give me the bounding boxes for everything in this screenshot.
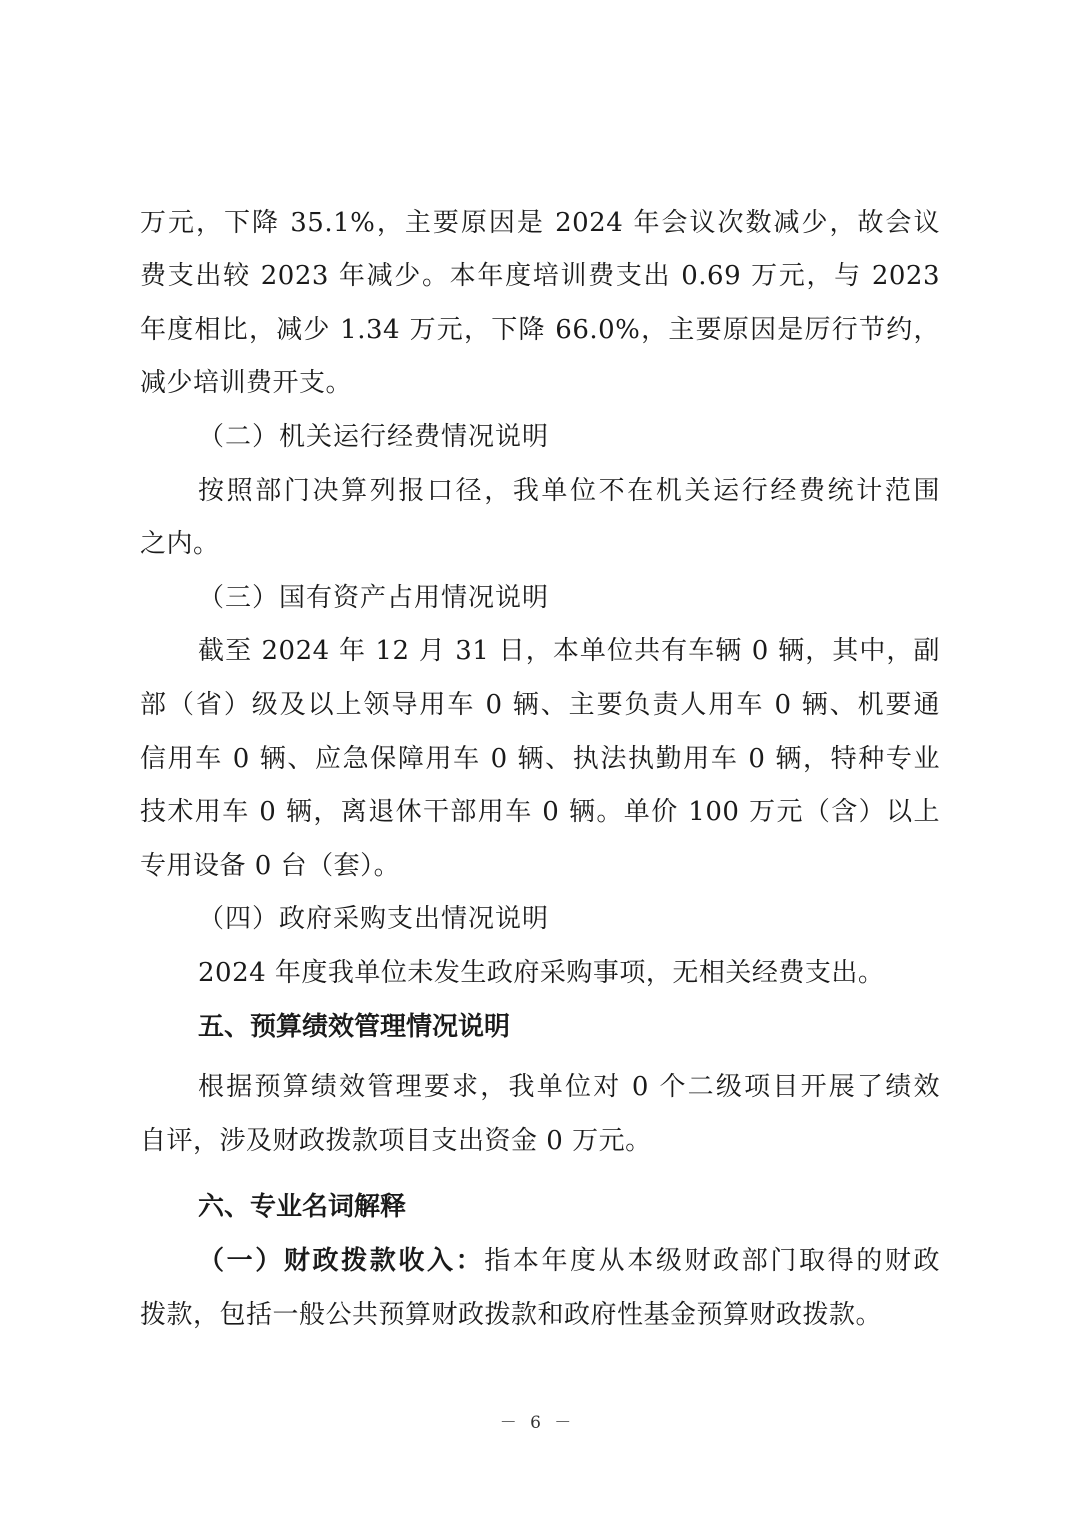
- paragraph-line: 专用设备 0 台（套）。: [140, 849, 940, 883]
- glossary-item: （一）财政拨款收入：指本年度从本级财政部门取得的财政: [198, 1244, 940, 1278]
- section-heading-agency-operating: （二）机关运行经费情况说明: [198, 420, 549, 454]
- section-heading-state-assets: （三）国有资产占用情况说明: [198, 581, 549, 615]
- paragraph-line: 根据预算绩效管理要求，我单位对 0 个二级项目开展了绩效: [198, 1070, 940, 1104]
- paragraph-line: 之内。: [140, 527, 940, 561]
- paragraph-line: 技术用车 0 辆，离退休干部用车 0 辆。单价 100 万元（含）以上: [140, 795, 940, 829]
- section-heading-gov-procurement: （四）政府采购支出情况说明: [198, 902, 549, 936]
- section-heading-performance-mgmt: 五、预算绩效管理情况说明: [198, 1010, 510, 1044]
- paragraph-line: 2024 年度我单位未发生政府采购事项，无相关经费支出。: [198, 956, 940, 990]
- paragraph-line: 拨款，包括一般公共预算财政拨款和政府性基金预算财政拨款。: [140, 1298, 940, 1332]
- paragraph-line: 万元，下降 35.1%，主要原因是 2024 年会议次数减少，故会议: [140, 206, 940, 240]
- glossary-definition: 指本年度从本级财政部门取得的财政: [484, 1246, 940, 1276]
- paragraph-line: 部（省）级及以上领导用车 0 辆、主要负责人用车 0 辆、机要通: [140, 688, 940, 722]
- document-page: 万元，下降 35.1%，主要原因是 2024 年会议次数减少，故会议 费支出较 …: [0, 0, 1075, 1520]
- paragraph-line: 自评，涉及财政拨款项目支出资金 0 万元。: [140, 1124, 940, 1158]
- paragraph-line: 费支出较 2023 年减少。本年度培训费支出 0.69 万元，与 2023: [140, 259, 940, 293]
- page-number: － 6 －: [0, 1408, 1075, 1433]
- paragraph-line: 年度相比，减少 1.34 万元，下降 66.0%，主要原因是厉行节约，: [140, 313, 940, 347]
- section-heading-glossary: 六、专业名词解释: [198, 1190, 406, 1224]
- paragraph-line: 按照部门决算列报口径，我单位不在机关运行经费统计范围: [198, 474, 940, 508]
- paragraph-line: 减少培训费开支。: [140, 366, 940, 400]
- paragraph-line: 信用车 0 辆、应急保障用车 0 辆、执法执勤用车 0 辆，特种专业: [140, 742, 940, 776]
- glossary-term: （一）财政拨款收入：: [198, 1246, 484, 1276]
- paragraph-line: 截至 2024 年 12 月 31 日，本单位共有车辆 0 辆，其中，副: [198, 634, 940, 668]
